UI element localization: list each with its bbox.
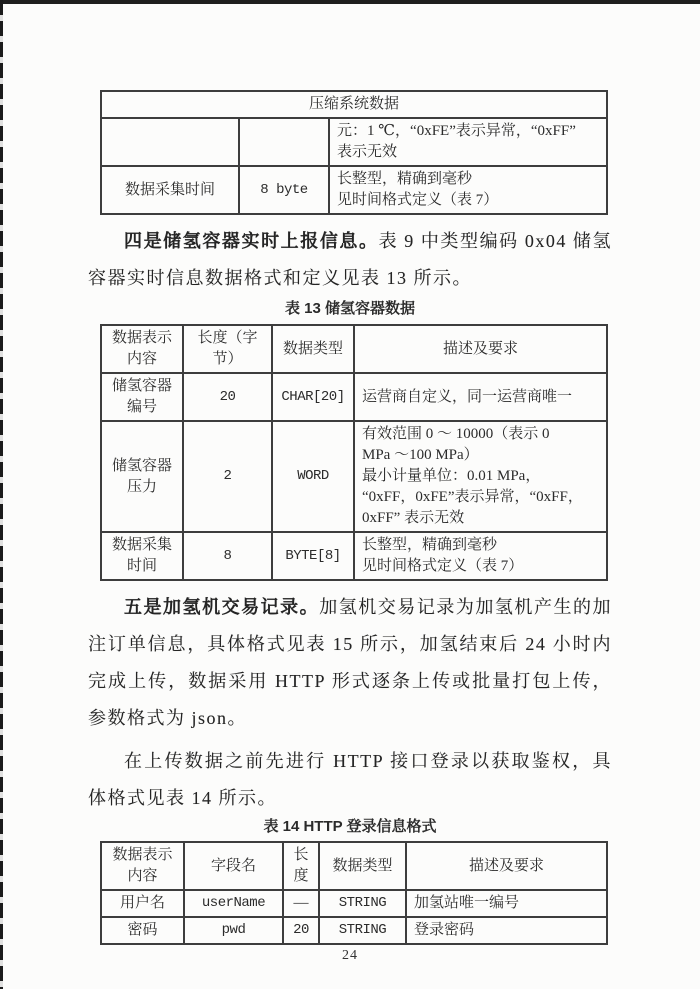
- cell-name: 数据采集 时间: [101, 532, 183, 580]
- cell-desc: 加氢站唯一编号: [406, 890, 607, 917]
- header-field: 字段名: [184, 842, 283, 890]
- scan-edge-left: [0, 0, 3, 989]
- cell-desc: 长整型，精确到毫秒 见时间格式定义（表 7）: [329, 166, 607, 214]
- cell-length: 20: [183, 373, 272, 421]
- table-row: 用户名 userName — STRING 加氢站唯一编号: [101, 890, 607, 917]
- header-content: 数据表示 内容: [101, 842, 184, 890]
- cell-type: CHAR[20]: [272, 373, 354, 421]
- cell-field: userName: [184, 890, 283, 917]
- cell-length: —: [283, 890, 319, 917]
- cell-length: 2: [183, 421, 272, 532]
- cell-type: WORD: [272, 421, 354, 532]
- cell-desc: 登录密码: [406, 917, 607, 944]
- table13-hydrogen-container-data: 数据表示 内容 长度（字 节） 数据类型 描述及要求 储氢容器 编号 20 CH…: [100, 324, 608, 581]
- cell-name: 储氢容器 编号: [101, 373, 183, 421]
- table-header-row: 数据表示 内容 字段名 长 度 数据类型 描述及要求: [101, 842, 607, 890]
- table-row: 储氢容器 编号 20 CHAR[20] 运营商自定义，同一运营商唯一: [101, 373, 607, 421]
- paragraph-item4: 四是储氢容器实时上报信息。表 9 中类型编码 0x04 储氢容器实时信息数据格式…: [88, 223, 612, 297]
- paragraph-item4-lead: 四是储氢容器实时上报信息。: [124, 231, 379, 251]
- paragraph-item5-lead: 五是加氢机交易记录。: [124, 597, 319, 617]
- cell-type: BYTE[8]: [272, 532, 354, 580]
- header-desc: 描述及要求: [354, 325, 607, 373]
- table14-http-login-format: 数据表示 内容 字段名 长 度 数据类型 描述及要求 用户名 userName …: [100, 841, 608, 945]
- header-length: 长 度: [283, 842, 319, 890]
- cell-field: pwd: [184, 917, 283, 944]
- header-desc: 描述及要求: [406, 842, 607, 890]
- table-row: 密码 pwd 20 STRING 登录密码: [101, 917, 607, 944]
- paragraph-item5: 五是加氢机交易记录。加氢机交易记录为加氢机产生的加注订单信息，具体格式见表 15…: [88, 589, 612, 737]
- header-length: 长度（字 节）: [183, 325, 272, 373]
- cell-desc: 长整型，精确到毫秒 见时间格式定义（表 7）: [354, 532, 607, 580]
- cell-desc: 有效范围 0 ～ 10000（表示 0 MPa ～100 MPa） 最小计量单位…: [354, 421, 607, 532]
- table-row: 数据采集 时间 8 BYTE[8] 长整型，精确到毫秒 见时间格式定义（表 7）: [101, 532, 607, 580]
- page-content: 压缩系统数据 元：1 ℃，“0xFE”表示异常，“0xFF” 表示无效 数据采集…: [88, 0, 612, 964]
- cell-desc: 运营商自定义，同一运营商唯一: [354, 373, 607, 421]
- table-compression-title: 压缩系统数据: [101, 91, 607, 118]
- cell-length: 20: [283, 917, 319, 944]
- scanned-document-page: { "page_number": "24", "table_compressio…: [0, 0, 700, 989]
- cell-name: 密码: [101, 917, 184, 944]
- cell-name: 用户名: [101, 890, 184, 917]
- cell-type: STRING: [319, 917, 406, 944]
- cell-name: 数据采集时间: [101, 166, 239, 214]
- page-number: 24: [88, 948, 612, 964]
- cell-length: 8 byte: [239, 166, 329, 214]
- cell-type: STRING: [319, 890, 406, 917]
- cell-length: 8: [183, 532, 272, 580]
- cell-name: 储氢容器 压力: [101, 421, 183, 532]
- cell-desc: 元：1 ℃，“0xFE”表示异常，“0xFF” 表示无效: [329, 118, 607, 166]
- paragraph-http-login: 在上传数据之前先进行 HTTP 接口登录以获取鉴权，具体格式见表 14 所示。: [88, 743, 612, 817]
- cell-length: [239, 118, 329, 166]
- table-compression-system: 压缩系统数据 元：1 ℃，“0xFE”表示异常，“0xFF” 表示无效 数据采集…: [100, 90, 608, 215]
- table14-caption: 表 14 HTTP 登录信息格式: [88, 817, 612, 836]
- header-content: 数据表示 内容: [101, 325, 183, 373]
- header-type: 数据类型: [319, 842, 406, 890]
- table-row: 储氢容器 压力 2 WORD 有效范围 0 ～ 10000（表示 0 MPa ～…: [101, 421, 607, 532]
- table-header-row: 数据表示 内容 长度（字 节） 数据类型 描述及要求: [101, 325, 607, 373]
- table-row: 元：1 ℃，“0xFE”表示异常，“0xFF” 表示无效: [101, 118, 607, 166]
- cell-name: [101, 118, 239, 166]
- header-type: 数据类型: [272, 325, 354, 373]
- table13-caption: 表 13 储氢容器数据: [88, 299, 612, 318]
- table-row: 数据采集时间 8 byte 长整型，精确到毫秒 见时间格式定义（表 7）: [101, 166, 607, 214]
